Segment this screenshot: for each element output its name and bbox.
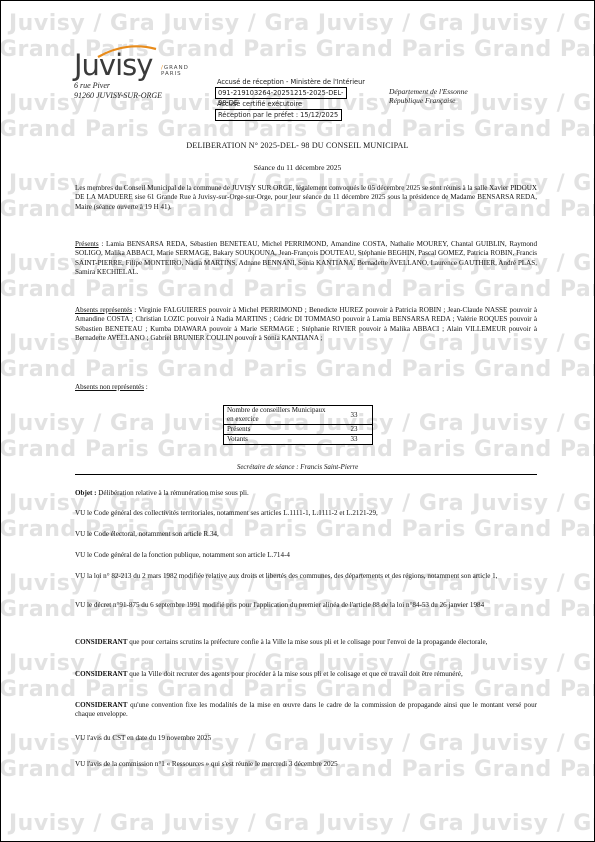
count-value: 33: [336, 406, 373, 425]
intro-paragraph: Les membres du Conseil Municipal de la c…: [75, 184, 537, 212]
clause-lead: CONSIDERANT: [75, 638, 127, 646]
clause-text: la loi n° 82-213 du 2 mars 1982 modifiée…: [85, 572, 497, 580]
logo-subtitle: /GRAND PARIS: [161, 65, 189, 77]
clause-paragraph: VU la loi n° 82-213 du 2 mars 1982 modif…: [75, 572, 537, 581]
count-label: Votants: [224, 435, 337, 445]
absents-represented-paragraph: Absents représentés : Virginie FALGUIERE…: [75, 306, 537, 343]
clause-lead: VU: [75, 572, 85, 580]
object-label: Objet :: [75, 489, 96, 497]
clause-lead: VU: [75, 760, 85, 768]
object-text: Délibération relative à la rémunération …: [96, 489, 248, 497]
absents-represented-list: : Virginie FALGUIERES pouvoir à Michel P…: [75, 306, 537, 342]
count-value: 23: [336, 425, 373, 435]
counts-table: Nombre de conseillers Municipaux en exer…: [223, 405, 373, 445]
clause-lead: CONSIDERANT: [75, 701, 127, 709]
divider: [75, 474, 537, 475]
clause-text: le Code général de la fonction publique,…: [85, 551, 290, 559]
absents-represented-label: Absents représentés: [75, 306, 132, 314]
clause-text: le Code électoral, notamment son article…: [85, 530, 219, 538]
count-value: 33: [336, 435, 373, 445]
clause-lead: VU: [75, 530, 85, 538]
presents-label: Présents: [75, 240, 99, 248]
absents-not-represented-list: :: [144, 383, 148, 391]
department-name: Département de l'Essonne: [389, 87, 468, 96]
clause-text: le décret n°91-875 du 6 septembre 1991 m…: [85, 601, 484, 609]
stamp-reception-date: Réception par le préfet : 15/12/2025: [215, 109, 342, 121]
clause-lead: VU: [75, 601, 85, 609]
clause-paragraph: VU le Code électoral, notamment son arti…: [75, 530, 537, 539]
logo-sub-line2: PARIS: [161, 71, 182, 77]
clause-paragraph: VU le décret n°91-875 du 6 septembre 199…: [75, 601, 537, 610]
table-row: Présents 23: [224, 425, 373, 435]
clause-text: que pour certains scrutins la préfecture…: [127, 638, 487, 646]
deliberation-title: DELIBERATION N° 2025-DEL- 98 DU CONSEIL …: [1, 141, 594, 150]
presents-paragraph: Présents : Lamia BENSARSA REDA, Sébastie…: [75, 240, 537, 277]
table-row: Votants 33: [224, 435, 373, 445]
prefecture-receipt-stamp: Accusé de réception - Ministère de l'Int…: [215, 77, 367, 121]
count-label: Présents: [224, 425, 337, 435]
clause-paragraph: VU le Code général des collectivités ter…: [75, 509, 537, 518]
table-row: Nombre de conseillers Municipaux en exer…: [224, 406, 373, 425]
address-line: 91260 JUVISY-SUR-ORGE: [74, 91, 162, 101]
absents-not-represented-paragraph: Absents non représentés :: [75, 383, 537, 392]
clause-text: l'avis du CST en date du 19 novembre 202…: [85, 734, 211, 742]
absents-not-represented-label: Absents non représentés: [75, 383, 144, 391]
clause-paragraph: VU le Code général de la fonction publiq…: [75, 551, 537, 560]
clause-paragraph: CONSIDERANT que la Ville doit recruter d…: [75, 670, 537, 679]
address-line: 6 rue Piver: [74, 81, 162, 91]
clause-lead: CONSIDERANT: [75, 670, 127, 678]
clause-text: l'avis de la commission n°1 « Ressources…: [85, 760, 337, 768]
juvisy-logo: Juvisy /GRAND PARIS: [74, 51, 152, 79]
republic-name: République Française: [389, 96, 468, 105]
document-page: Juvisy / Gra Juvisy / Gra Juvisy / Gra J…: [0, 0, 595, 842]
stamp-id: 091-219103264-20251215-2025-DEL-98-DE: [215, 87, 347, 99]
session-date: Séance du 11 décembre 2025: [1, 163, 594, 172]
clause-paragraph: VU l'avis de la commission n°1 « Ressour…: [75, 760, 537, 769]
object-paragraph: Objet : Délibération relative à la rémun…: [75, 489, 537, 498]
clause-lead: VU: [75, 509, 85, 517]
count-label: Nombre de conseillers Municipaux en exer…: [224, 406, 337, 425]
presents-list: : Lamia BENSARSA REDA, Sébastien BENETEA…: [75, 240, 537, 276]
clause-lead: VU: [75, 734, 85, 742]
stamp-line: Accusé de réception - Ministère de l'Int…: [215, 77, 367, 87]
clause-paragraph: CONSIDERANT qu'une convention fixe les m…: [75, 701, 537, 720]
clause-text: qu'une convention fixe les modalités de …: [75, 701, 537, 718]
session-secretary: Secrétaire de séance : Francis Saint-Pie…: [1, 463, 594, 471]
logo-swoosh-icon: [96, 45, 158, 59]
clause-paragraph: VU l'avis du CST en date du 19 novembre …: [75, 734, 537, 743]
clause-lead: VU: [75, 551, 85, 559]
clause-text: le Code général des collectivités territ…: [85, 509, 378, 517]
stamp-line: Accusé certifié exécutoire: [215, 99, 367, 109]
clause-paragraph: CONSIDERANT que pour certains scrutins l…: [75, 638, 537, 647]
mairie-address: 6 rue Piver 91260 JUVISY-SUR-ORGE: [74, 81, 162, 101]
department-block: Département de l'Essonne République Fran…: [389, 87, 468, 105]
clause-text: que la Ville doit recruter des agents po…: [127, 670, 462, 678]
